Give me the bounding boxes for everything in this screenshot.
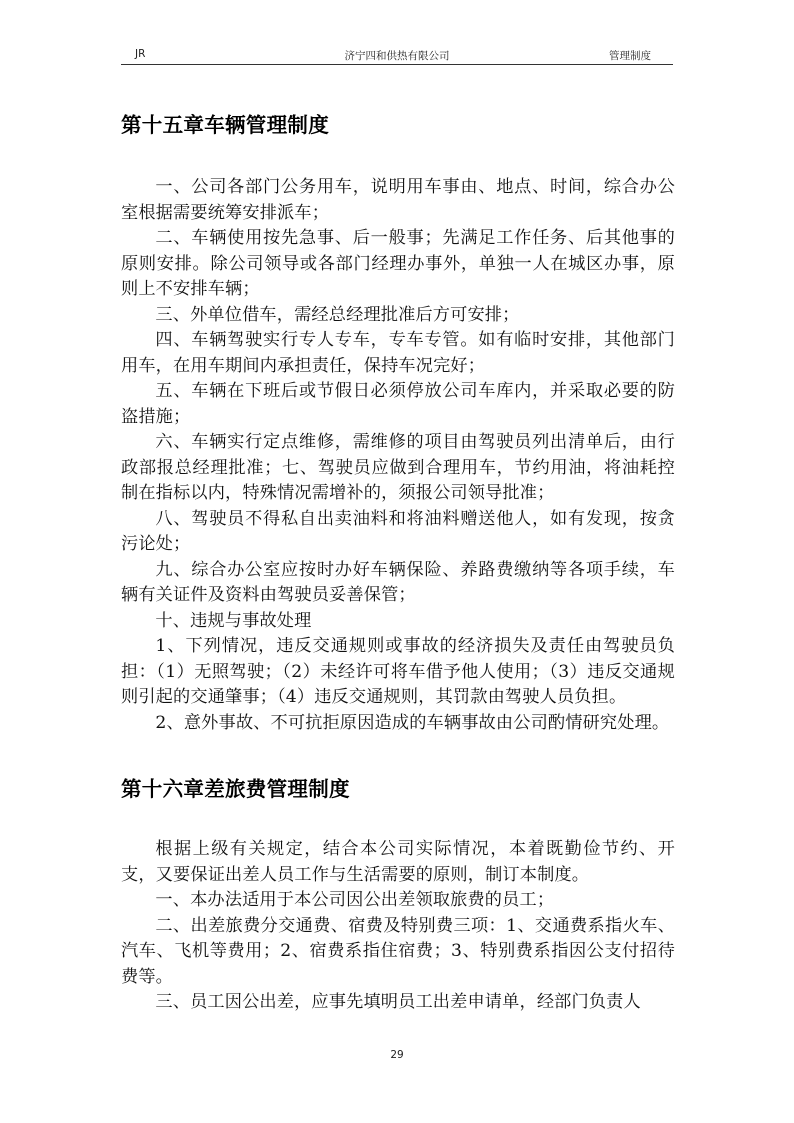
page-number: 29 [0, 1049, 794, 1061]
chapter-15-title: 第十五章车辆管理制度 [121, 108, 329, 138]
paragraph: 二、出差旅费分交通费、宿费及特别费三项：1、交通费系指火车、汽车、飞机等费用；2… [121, 914, 675, 991]
paragraph: 三、外单位借车，需经总经理批准后方可安排； [121, 303, 675, 329]
paragraph: 一、公司各部门公务用车，说明用车事由、地点、时间，综合办公室根据需要统筹安排派车… [121, 175, 675, 226]
paragraph: 六、车辆实行定点维修，需维修的项目由驾驶员列出清单后，由行政部报总经理批准；七、… [121, 430, 675, 507]
paragraph: 2、意外事故、不可抗拒原因造成的车辆事故由公司酌情研究处理。 [121, 711, 675, 737]
paragraph: 五、车辆在下班后或节假日必须停放公司车库内，并采取必要的防盗措施； [121, 379, 675, 430]
paragraph: 四、车辆驾驶实行专人专车，专车专管。如有临时安排，其他部门用车，在用车期间内承担… [121, 328, 675, 379]
paragraph: 十、违规与事故处理 [121, 609, 675, 635]
paragraph: 根据上级有关规定，结合本公司实际情况，本着既勤俭节约、开支，又要保证出差人员工作… [121, 837, 675, 888]
chapter-15-body: 一、公司各部门公务用车，说明用车事由、地点、时间，综合办公室根据需要统筹安排派车… [121, 175, 675, 736]
paragraph: 一、本办法适用于本公司因公出差领取旅费的员工； [121, 888, 675, 914]
page-header: JR 济宁四和供热有限公司 管理制度 [121, 44, 673, 65]
header-document-type: 管理制度 [609, 48, 651, 63]
paragraph: 二、车辆使用按先急事、后一般事；先满足工作任务、后其他事的原则安排。除公司领导或… [121, 226, 675, 303]
header-company-name: 济宁四和供热有限公司 [121, 48, 673, 63]
chapter-16-body: 根据上级有关规定，结合本公司实际情况，本着既勤俭节约、开支，又要保证出差人员工作… [121, 837, 675, 1016]
chapter-16-title: 第十六章差旅费管理制度 [121, 772, 350, 802]
paragraph: 九、综合办公室应按时办好车辆保险、养路费缴纳等各项手续，车辆有关证件及资料由驾驶… [121, 558, 675, 609]
paragraph: 1、下列情况，违反交通规则或事故的经济损失及责任由驾驶员负担：（1）无照驾驶；（… [121, 634, 675, 711]
paragraph: 三、员工因公出差，应事先填明员工出差申请单，经部门负责人 [121, 990, 675, 1016]
paragraph: 八、驾驶员不得私自出卖油料和将油料赠送他人，如有发现，按贪污论处； [121, 507, 675, 558]
